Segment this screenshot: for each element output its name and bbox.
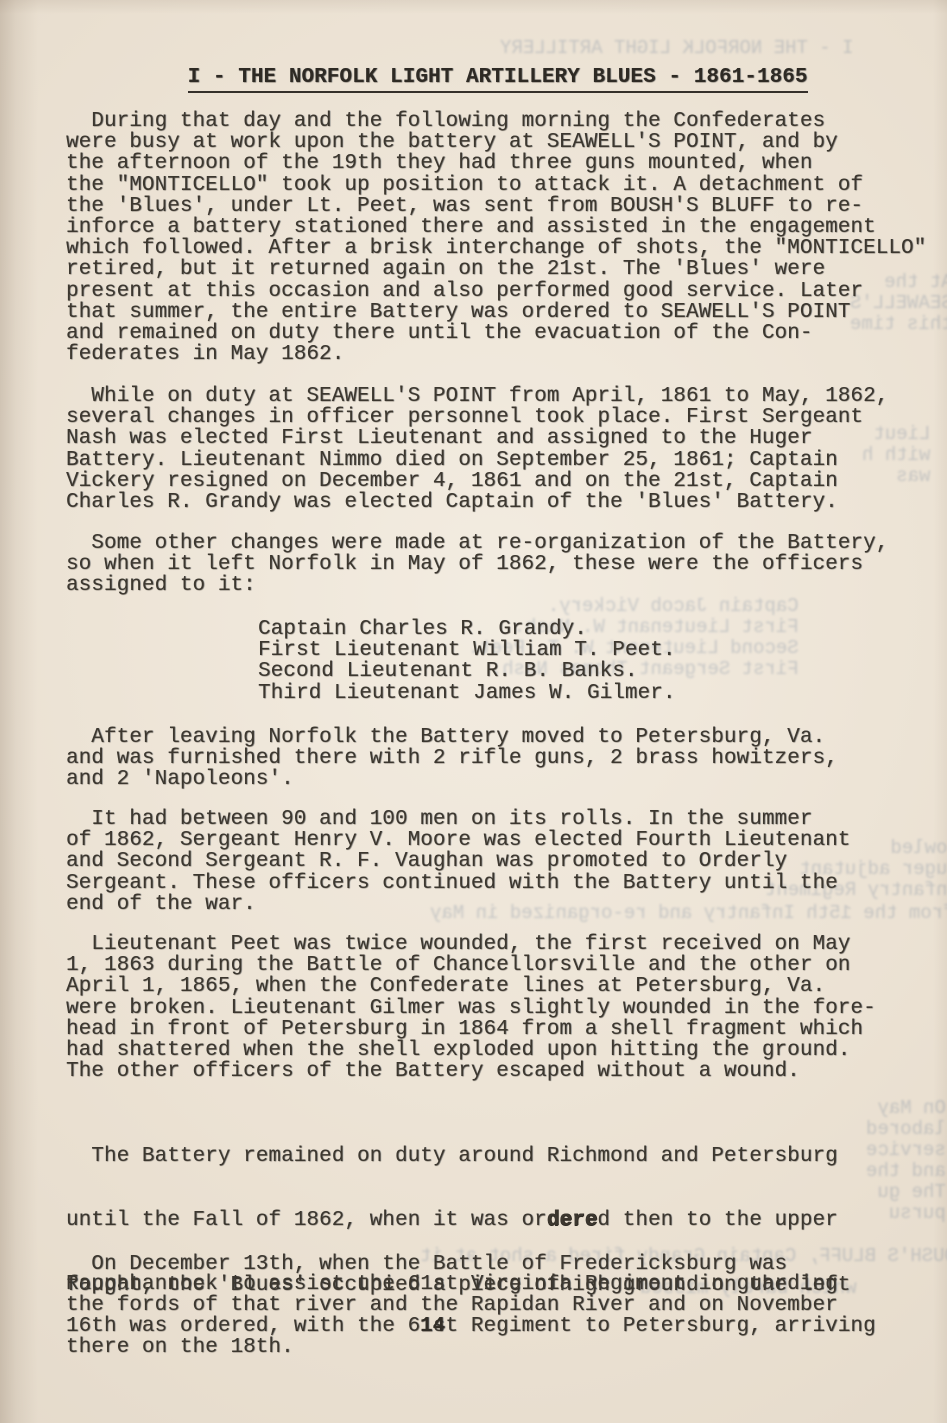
paragraph-4: After leaving Norfolk the Battery moved …	[66, 727, 838, 791]
scanned-document-page: I - THE NORFOLK LIGHT ARTILLERY At the S…	[0, 0, 947, 1423]
paragraph-8: On December 13th, when the Battle of Fre…	[66, 1254, 850, 1296]
officers-list: Captain Charles R. Grandy. First Lieuten…	[258, 619, 676, 704]
paragraph-3: Some other changes were made at re-organ…	[66, 533, 888, 597]
line-2-post: d then to the upper	[597, 1209, 837, 1232]
paragraph-7-line-1: The Battery remained on duty around Rich…	[66, 1146, 876, 1167]
paragraph-6: Lieutenant Peet was twice wounded, the f…	[66, 934, 876, 1082]
line-2-pre: until the Fall of 1862, when it was or	[66, 1209, 547, 1232]
overstruck-word: dere	[547, 1209, 598, 1232]
paragraph-5: It had between 90 and 100 men on its rol…	[66, 809, 850, 915]
paragraph-1: During that day and the following mornin…	[66, 111, 926, 365]
paragraph-2: While on duty at SEAWELL'S POINT from Ap…	[66, 386, 888, 513]
show-through-text: On May labored service and the The gu pu…	[866, 1098, 946, 1224]
page-number: 14	[420, 1316, 445, 1337]
paragraph-7-line-2: until the Fall of 1862, when it was orde…	[66, 1210, 876, 1231]
page-title: I - THE NORFOLK LIGHT ARTILLERY BLUES - …	[188, 66, 808, 93]
